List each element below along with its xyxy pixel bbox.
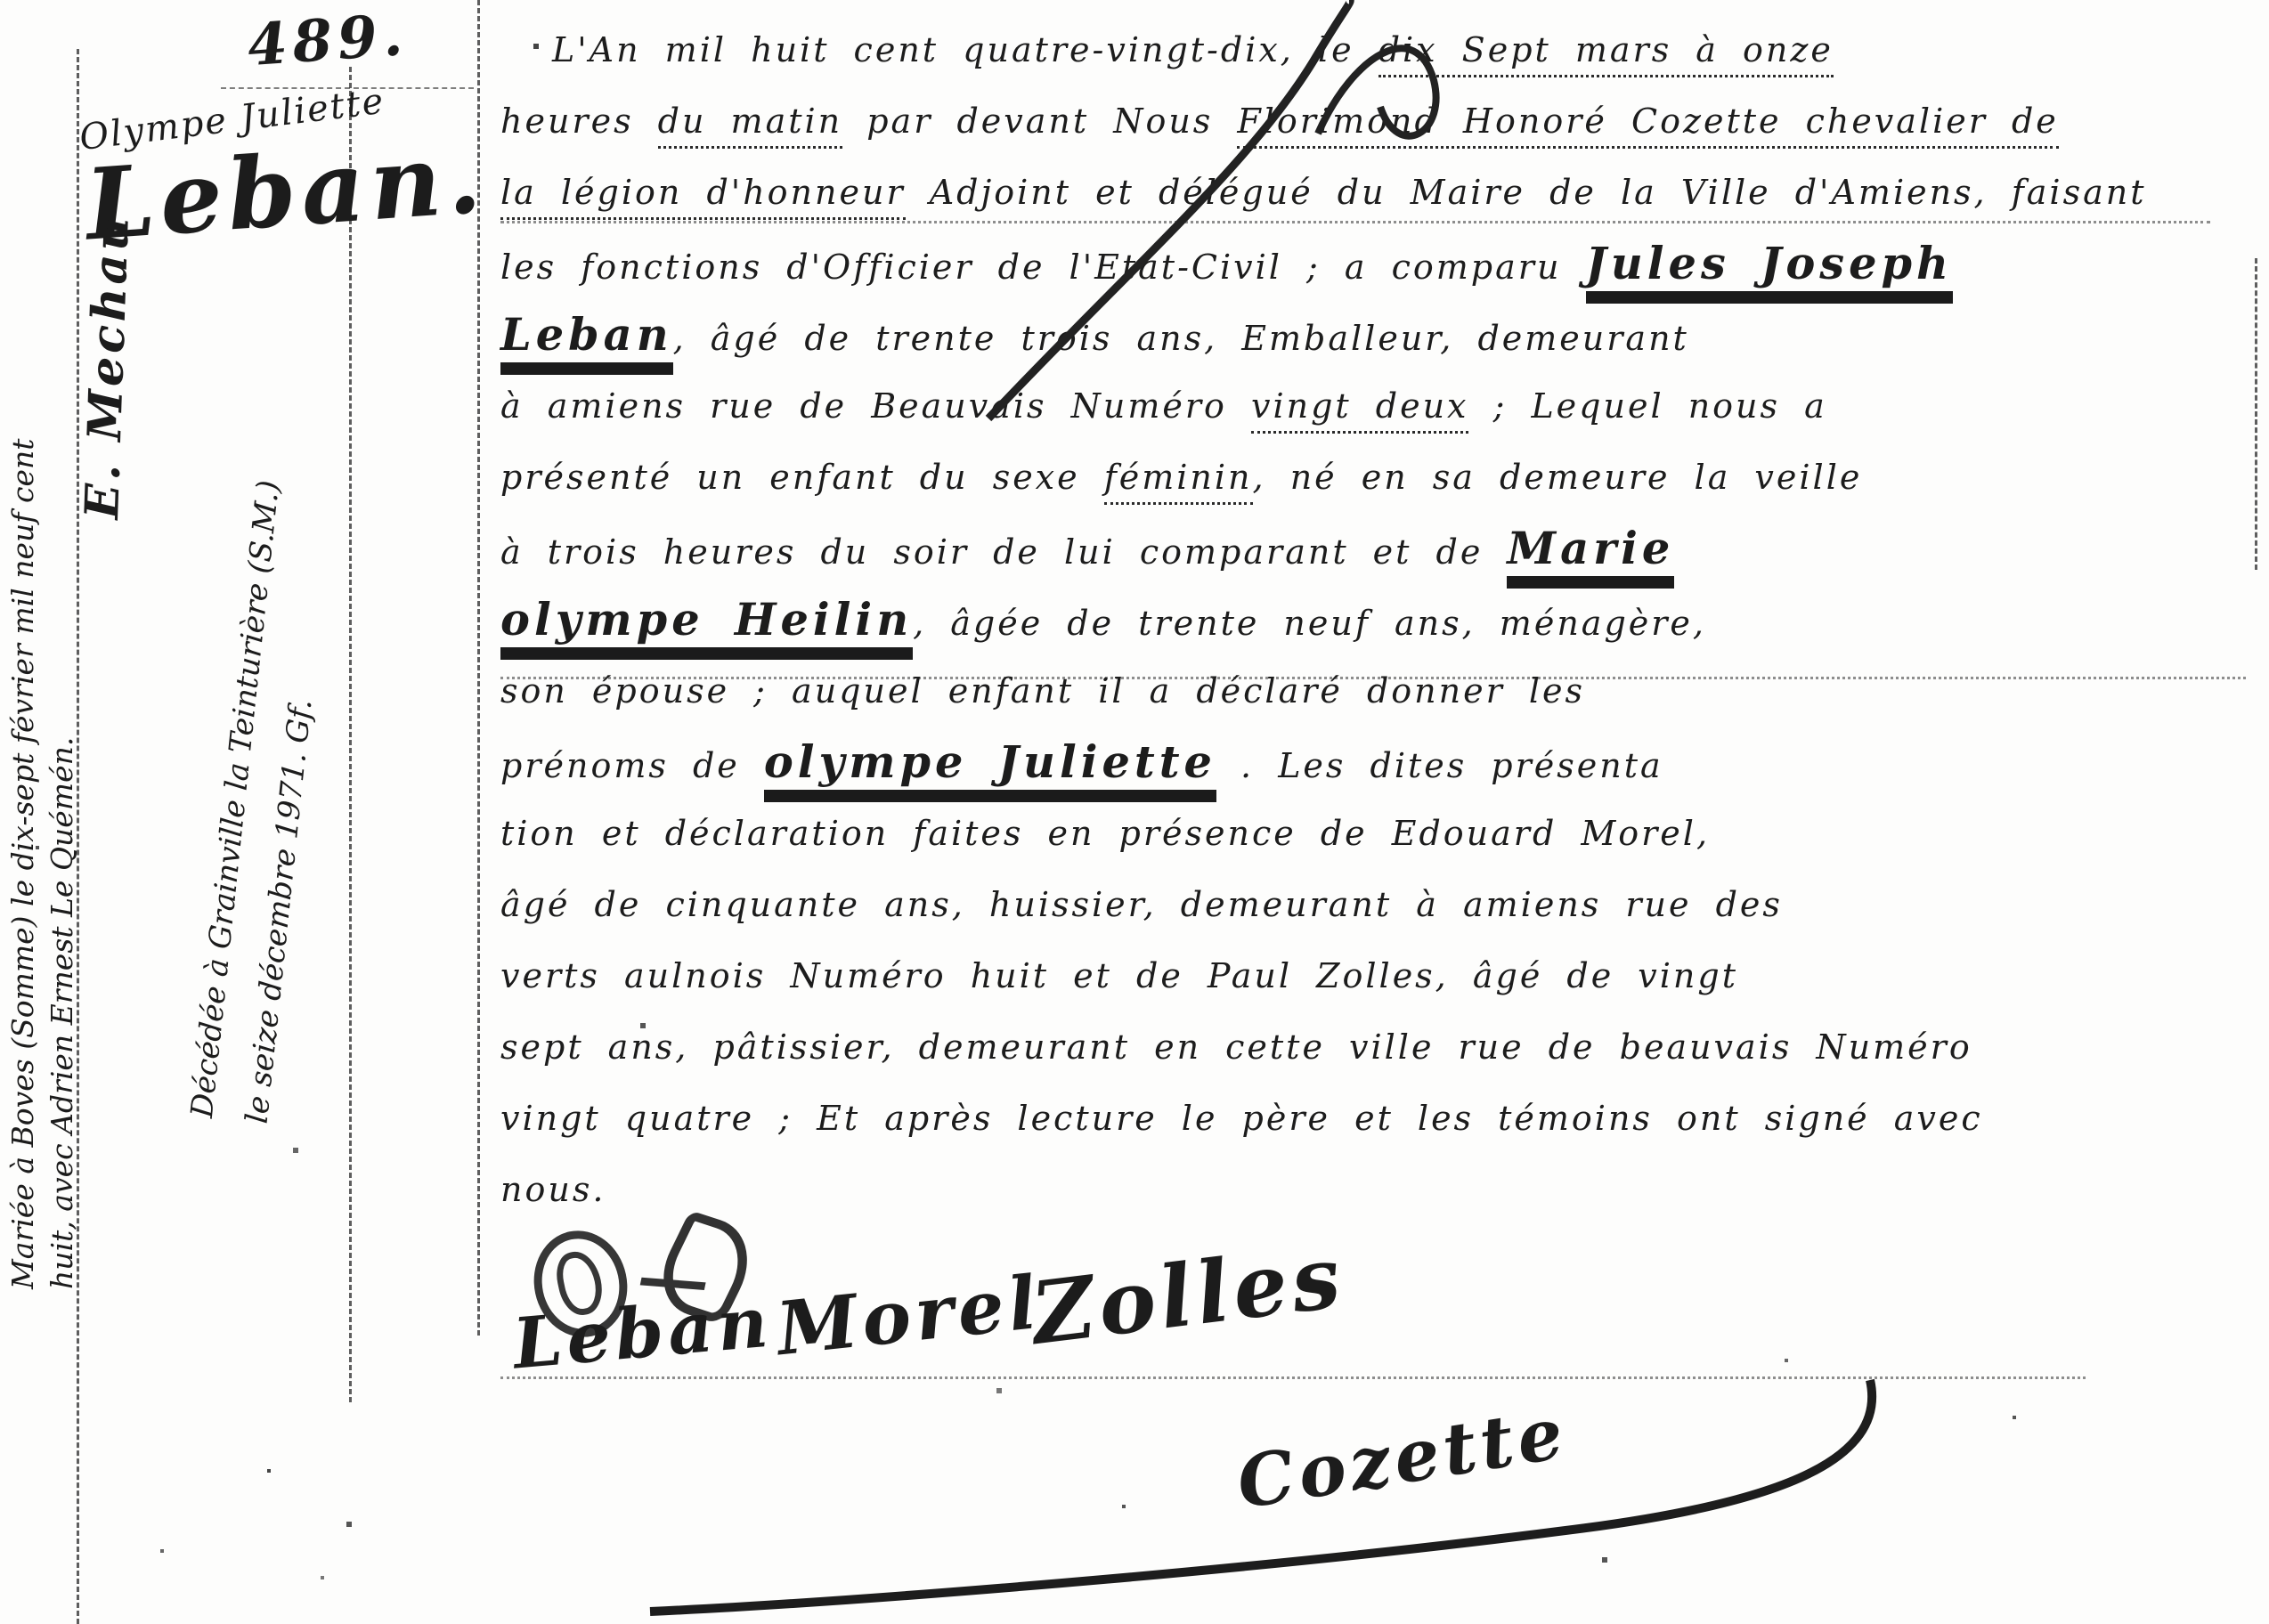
- body-line: L'An mil huit cent quatre-vingt-dix, le …: [500, 14, 2259, 85]
- body-line: sept ans, pâtissier, demeurant en cette …: [500, 1011, 2259, 1083]
- margin-death-note: Décédée à Grainville la Teinturière (S.M…: [175, 477, 352, 1126]
- body-line: nous.: [500, 1154, 2259, 1225]
- body-text-segment: Leban: [500, 309, 673, 375]
- body-line: tion et déclaration faites en présence d…: [500, 798, 2259, 869]
- body-text-segment: son épouse ; auquel enfant il a déclaré …: [500, 671, 1585, 710]
- body-text-segment: sept ans, pâtissier, demeurant en cette …: [500, 1027, 1972, 1067]
- body-text-segment: olympe Juliette: [764, 736, 1216, 802]
- margin-marriage-note-line2: huit, avec Adrien Ernest Le Quémén.: [43, 439, 82, 1290]
- body-line: Leban, âgé de trente trois ans, Emballeu…: [500, 299, 2259, 370]
- scanned-birth-record-page: 489. Olympe Juliette Leban. Mariée à Bov…: [0, 0, 2269, 1624]
- signature-zolles: Zolles: [1026, 1226, 1349, 1364]
- body-text-segment: heures: [500, 101, 658, 141]
- margin-marriage-note: Mariée à Boves (Somme) le dix-sept févri…: [4, 439, 82, 1290]
- body-text-segment: par devant Nous: [842, 101, 1237, 141]
- body-text-segment: les fonctions d'Officier de l'Etat-Civil…: [500, 248, 1586, 287]
- body-text-segment: L'An mil huit cent quatre-vingt-dix, le: [552, 30, 1378, 69]
- scan-noise: [267, 1469, 271, 1473]
- body-text-segment: Florimond Honoré Cozette chevalier de: [1237, 101, 2058, 149]
- body-text-segment: ; Lequel nous a: [1468, 386, 1826, 426]
- signature-cozette: Cozette: [1232, 1390, 1573, 1524]
- body-text-segment: verts aulnois Numéro huit et de Paul Zol…: [500, 956, 1738, 995]
- body-text-segment: à trois heures du soir de lui comparant …: [500, 532, 1507, 572]
- body-lines: L'An mil huit cent quatre-vingt-dix, le …: [500, 14, 2259, 1225]
- body-line: prénoms de olympe Juliette . Les dites p…: [500, 727, 2259, 798]
- body-line: olympe Heilin, âgée de trente neuf ans, …: [500, 584, 2259, 655]
- body-line: heures du matin par devant Nous Florimon…: [500, 85, 2259, 157]
- margin-vertical-signature: E. Mechau: [75, 213, 140, 520]
- body-text-segment: nous.: [500, 1170, 606, 1209]
- body-text-segment: âgé de cinquante ans, huissier, demeuran…: [500, 885, 1783, 924]
- margin-box-rule: [349, 67, 352, 1402]
- body-text-segment: Adjoint et délégué du Maire de la Ville …: [906, 173, 2147, 212]
- body-text-segment: à amiens rue de Beauvais Numéro: [500, 386, 1251, 426]
- body-text-segment: vingt quatre ; Et après lecture le père …: [500, 1099, 1983, 1138]
- body-text-segment: tion et déclaration faites en présence d…: [500, 814, 1710, 853]
- body-text-segment: vingt deux: [1251, 386, 1469, 434]
- body-text-segment: la légion d'honneur: [500, 173, 906, 220]
- body-text-segment: présenté un enfant du sexe: [500, 458, 1104, 497]
- dotted-fill-line: [500, 1376, 2086, 1379]
- body-text-segment: , âgée de trente neuf ans, ménagère,: [913, 604, 1706, 643]
- body-text-segment: féminin: [1104, 458, 1253, 505]
- body-text-segment: prénoms de: [500, 746, 764, 785]
- body-text-segment: . Les dites présenta: [1216, 746, 1663, 785]
- body-text-segment: Jules Joseph: [1586, 238, 1953, 304]
- body-line: présenté un enfant du sexe féminin, né e…: [500, 442, 2259, 513]
- body-line: les fonctions d'Officier de l'Etat-Civil…: [500, 228, 2259, 299]
- body-text-segment: olympe Heilin: [500, 594, 913, 660]
- body-text-segment: , âgé de trente trois ans, Emballeur, de…: [673, 319, 1689, 358]
- body-text-segment: dix Sept mars à onze: [1378, 30, 1834, 77]
- signature-morel: Morel: [773, 1260, 1045, 1373]
- margin-marriage-note-line1: Mariée à Boves (Somme) le dix-sept févri…: [4, 439, 43, 1290]
- body-line: verts aulnois Numéro huit et de Paul Zol…: [500, 940, 2259, 1011]
- body-text-segment: du matin: [658, 101, 842, 149]
- body-line: son épouse ; auquel enfant il a déclaré …: [500, 655, 2259, 727]
- body-line: à amiens rue de Beauvais Numéro vingt de…: [500, 370, 2259, 442]
- body-text-segment: , né en sa demeure la veille: [1253, 458, 1863, 497]
- body-text-segment: Marie: [1507, 523, 1674, 589]
- body-line: âgé de cinquante ans, huissier, demeuran…: [500, 869, 2259, 940]
- body-line: à trois heures du soir de lui comparant …: [500, 513, 2259, 584]
- body-line: la légion d'honneur Adjoint et délégué d…: [500, 157, 2259, 228]
- act-number: 489.: [246, 2, 411, 79]
- body-line: vingt quatre ; Et après lecture le père …: [500, 1083, 2259, 1154]
